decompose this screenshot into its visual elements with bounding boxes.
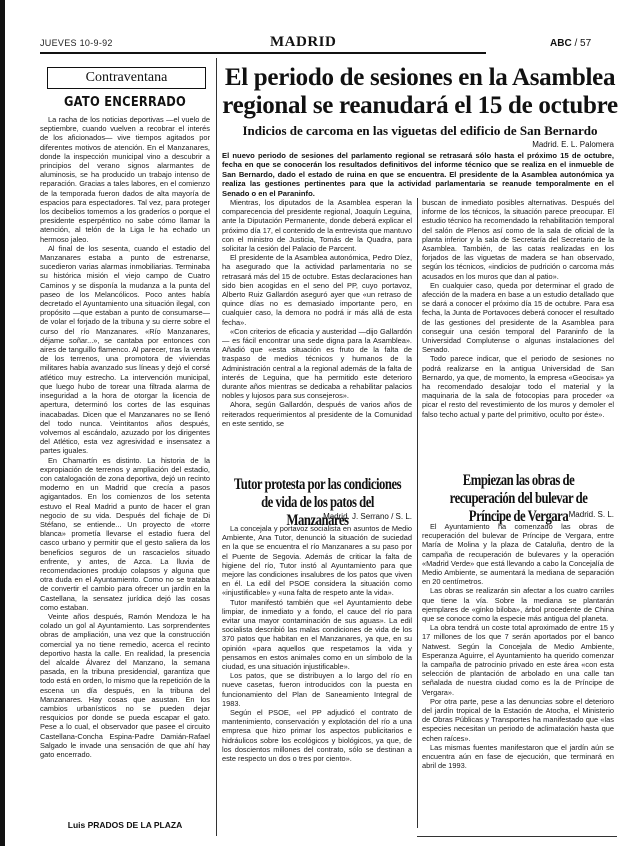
brand: ABC	[550, 38, 572, 49]
opinion-column-body: La racha de los noticias deportivas —el …	[40, 115, 210, 815]
patos-headline-wrap: Tutor protesta por las condiciones de vi…	[215, 476, 420, 530]
column-kicker: Contraventana	[47, 67, 206, 89]
bulevar-article-body: El Ayuntamiento ha comenzado las obras d…	[422, 522, 614, 822]
header-rule	[40, 52, 486, 54]
main-byline: Madrid. E. L. Palomera	[430, 140, 614, 149]
paragraph: Las obras se realizarán sin afectar a lo…	[422, 586, 614, 623]
main-article-col2: buscan de inmediato posibles alternativa…	[422, 198, 614, 468]
header-section: MADRID	[270, 34, 336, 51]
column-title: GATO ENCERRADO	[53, 94, 198, 110]
column-divider	[216, 58, 217, 836]
paragraph: «Con criterios de eficacia y austeridad …	[222, 327, 412, 401]
paragraph: buscan de inmediato posibles alternativa…	[422, 198, 614, 281]
paragraph: En cualquier caso, queda por determinar …	[422, 281, 614, 355]
patos-byline: Madrid. J. Serrano / S. L.	[222, 512, 412, 521]
main-headline: El periodo de sesiones en la Asamblea re…	[222, 64, 618, 120]
paragraph: La concejala y portavoz socialista en as…	[222, 524, 412, 598]
main-subheadline: Indicios de carcoma en las viguetas del …	[222, 123, 618, 139]
scan-edge	[0, 0, 5, 846]
paragraph: Las mismas fuentes manifestaron que el j…	[422, 743, 614, 771]
paragraph: El presidente de la Asamblea autonómica,…	[222, 253, 412, 327]
paragraph: Los patos, que se distribuyen a lo largo…	[222, 671, 412, 708]
main-lead: El nuevo periodo de sesiones del parlame…	[222, 151, 614, 198]
paragraph: Al final de los sesenta, cuando el estad…	[40, 244, 210, 456]
footer-rule	[417, 836, 617, 837]
paragraph: Por otra parte, pese a las denuncias sob…	[422, 697, 614, 743]
patos-headline: Tutor protesta por las condiciones de vi…	[233, 476, 401, 530]
patos-article-body: La concejala y portavoz socialista en as…	[222, 524, 412, 824]
paragraph: Todo parece indicar, que el periodo de s…	[422, 354, 614, 418]
paragraph: Veinte años después, Ramón Mendoza le ha…	[40, 612, 210, 759]
paragraph: Según el PSOE, «el PP adjudicó el contra…	[222, 708, 412, 763]
column-author: Luis PRADOS DE LA PLAZA	[40, 820, 210, 830]
paragraph: La racha de los noticias deportivas —el …	[40, 115, 210, 244]
main-article-col1: Mientras, los diputados de la Asamblea e…	[222, 198, 412, 460]
page-number: 57	[580, 38, 591, 49]
header-date: JUEVES 10-9-92	[40, 38, 113, 48]
page-header: JUEVES 10-9-92 MADRID ABC / 57	[40, 36, 485, 52]
paragraph: Tutor manifestó también que «el Ayuntami…	[222, 598, 412, 672]
bulevar-byline: Madrid. S. L.	[422, 510, 614, 519]
paragraph: Ahora, según Gallardón, después de vario…	[222, 400, 412, 428]
paragraph: La obra tendrá un coste total aproximado…	[422, 623, 614, 697]
paragraph: Mientras, los diputados de la Asamblea e…	[222, 198, 412, 253]
paragraph: En Chamartín es distinto. La historia de…	[40, 456, 210, 612]
paragraph: El Ayuntamiento ha comenzado las obras d…	[422, 522, 614, 586]
header-page: ABC / 57	[550, 38, 591, 49]
